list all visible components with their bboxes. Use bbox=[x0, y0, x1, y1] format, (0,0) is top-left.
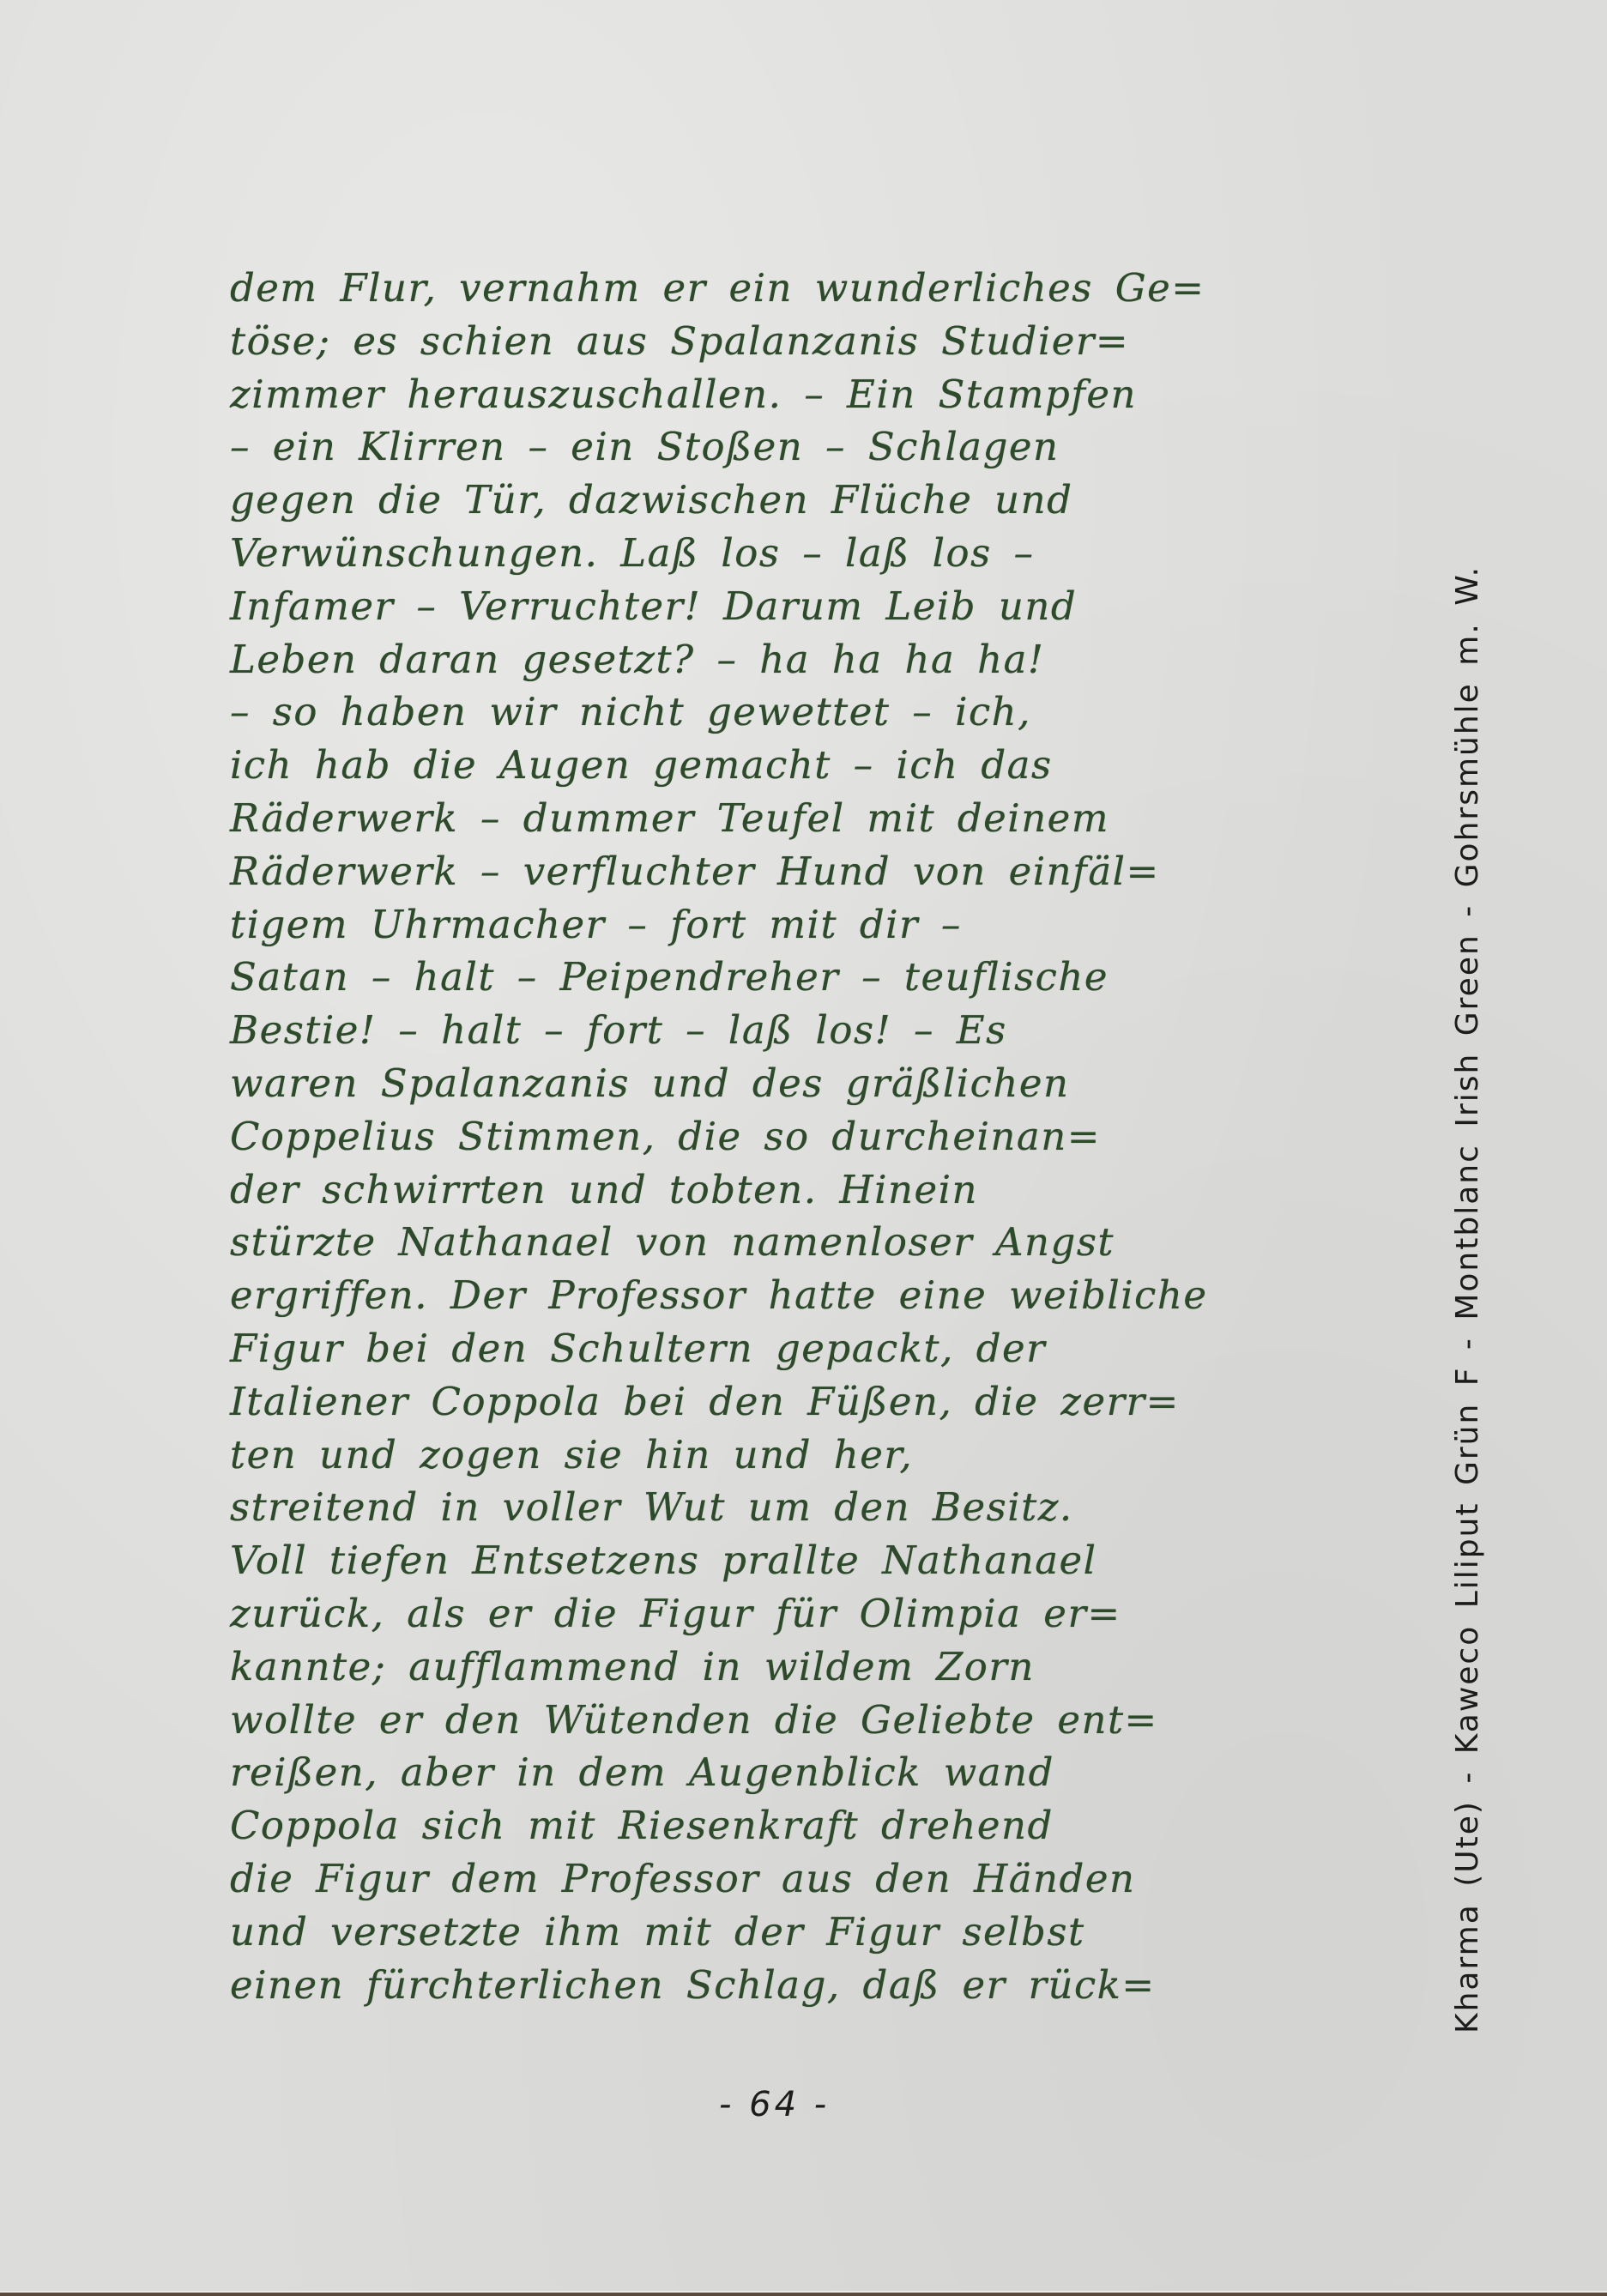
manuscript-line: ich hab die Augen gemacht – ich das bbox=[230, 739, 1397, 792]
manuscript-line: reißen, aber in dem Augenblick wand bbox=[230, 1746, 1397, 1799]
manuscript-line: töse; es schien aus Spalanzanis Studier= bbox=[230, 315, 1397, 368]
table-surface-edge bbox=[0, 2293, 1607, 2296]
manuscript-line: Räderwerk – dummer Teufel mit deinem bbox=[230, 792, 1397, 845]
manuscript-text: dem Flur, vernahm er ein wunderliches Ge… bbox=[230, 262, 1397, 2011]
manuscript-line: Infamer – Verruchter! Darum Leib und bbox=[230, 580, 1397, 633]
manuscript-line: ten und zogen sie hin und her, bbox=[230, 1429, 1397, 1482]
manuscript-line: der schwirrten und tobten. Hinein bbox=[230, 1163, 1397, 1217]
manuscript-line: Coppelius Stimmen, die so durcheinan= bbox=[230, 1110, 1397, 1163]
manuscript-line: kannte; aufflammend in wildem Zorn bbox=[230, 1640, 1397, 1694]
manuscript-line: Leben daran gesetzt? – ha ha ha ha! bbox=[230, 633, 1397, 686]
manuscript-line: ergriffen. Der Professor hatte eine weib… bbox=[230, 1269, 1397, 1322]
manuscript-line: Figur bei den Schultern gepackt, der bbox=[230, 1322, 1397, 1375]
manuscript-line: einen fürchterlichen Schlag, daß er rück… bbox=[230, 1959, 1397, 2012]
manuscript-line: zurück, als er die Figur für Olimpia er= bbox=[230, 1587, 1397, 1640]
page-number: - 64 - bbox=[719, 2085, 830, 2124]
manuscript-line: Bestie! – halt – fort – laß los! – Es bbox=[230, 1004, 1397, 1057]
manuscript-line: Coppola sich mit Riesenkraft drehend bbox=[230, 1799, 1397, 1852]
manuscript-line: dem Flur, vernahm er ein wunderliches Ge… bbox=[230, 262, 1397, 315]
manuscript-line: – so haben wir nicht gewettet – ich, bbox=[230, 686, 1397, 739]
manuscript-line: Satan – halt – Peipendreher – teuflische bbox=[230, 951, 1397, 1004]
manuscript-line: waren Spalanzanis und des gräßlichen bbox=[230, 1057, 1397, 1110]
manuscript-line: zimmer herauszuschallen. – Ein Stampfen bbox=[230, 368, 1397, 421]
paper-sheet: dem Flur, vernahm er ein wunderliches Ge… bbox=[0, 0, 1607, 2293]
manuscript-line: wollte er den Wütenden die Geliebte ent= bbox=[230, 1694, 1397, 1747]
manuscript-line: stürzte Nathanael von namenloser Angst bbox=[230, 1216, 1397, 1269]
manuscript-line: streitend in voller Wut um den Besitz. bbox=[230, 1481, 1397, 1534]
manuscript-line: gegen die Tür, dazwischen Flüche und bbox=[230, 474, 1397, 527]
manuscript-line: tigem Uhrmacher – fort mit dir – bbox=[230, 898, 1397, 952]
margin-note-ink-pen-paper: Kharma (Ute) - Kaweco Liliput Grün F - M… bbox=[1450, 489, 1485, 2033]
manuscript-line: Italiener Coppola bei den Füßen, die zer… bbox=[230, 1375, 1397, 1429]
manuscript-line: Voll tiefen Entsetzens prallte Nathanael bbox=[230, 1534, 1397, 1587]
manuscript-line: und versetzte ihm mit der Figur selbst bbox=[230, 1906, 1397, 1959]
manuscript-line: Räderwerk – verfluchter Hund von einfäl= bbox=[230, 845, 1397, 898]
manuscript-line: die Figur dem Professor aus den Händen bbox=[230, 1852, 1397, 1906]
manuscript-line: Verwünschungen. Laß los – laß los – bbox=[230, 527, 1397, 580]
manuscript-line: – ein Klirren – ein Stoßen – Schlagen bbox=[230, 420, 1397, 474]
